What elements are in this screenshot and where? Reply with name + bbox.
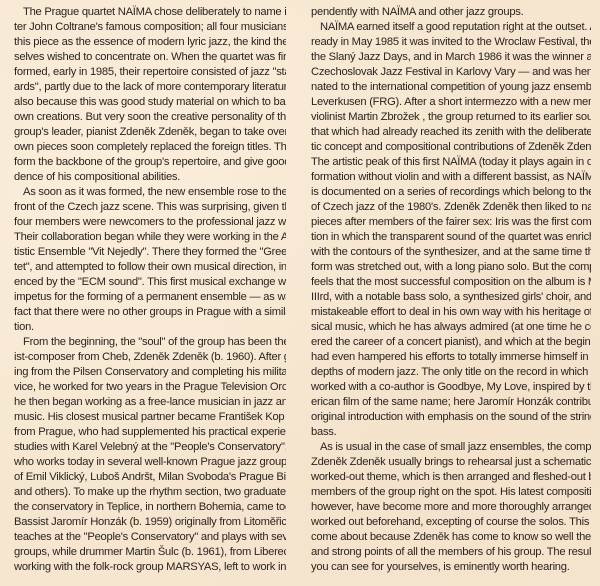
- text-line: nated to the international competition o…: [311, 80, 591, 95]
- text-line: groups, while drummer Martin Šulc (b. 19…: [14, 545, 286, 560]
- text-line: from Prague, who had supplemented his pr…: [14, 425, 286, 440]
- text-line: form was stretched out, with a long pian…: [311, 260, 591, 275]
- text-line: own pieces soon completely replaced the …: [14, 140, 286, 155]
- text-line: As is usual in the case of small jazz en…: [311, 440, 591, 455]
- text-line: who works today in several well-known Pr…: [14, 455, 286, 470]
- text-line: ered the career of a concert pianist), a…: [311, 335, 591, 350]
- text-line: had even hampered his efforts to totally…: [311, 350, 591, 365]
- left-text-column: The Prague quartet NAÏMA chose deliberat…: [14, 5, 286, 575]
- text-line: ing from the Pilsen Conservatory and com…: [14, 365, 286, 380]
- text-line: worked with a co-author is Goodbye, My L…: [311, 380, 591, 395]
- right-text-column: pendently with NAÏMA and other jazz grou…: [311, 5, 591, 575]
- text-line: studies with Karel Velebný at the "Peopl…: [14, 440, 286, 455]
- text-line: formation without violin and with a diff…: [311, 170, 591, 185]
- text-line: bass.: [311, 425, 591, 440]
- text-line: tion in which the transparent sound of t…: [311, 230, 591, 245]
- text-line: sical music, which he has always admired…: [311, 320, 591, 335]
- text-line: Zdeněk Zdeněk usually brings to rehearsa…: [311, 455, 591, 470]
- text-line: The artistic peak of this first NAÏMA (t…: [311, 155, 591, 170]
- text-line: Czechoslovak Jazz Festival in Karlovy Va…: [311, 65, 591, 80]
- text-line: that which had already reached its zenit…: [311, 125, 591, 140]
- text-line: of Czech jazz of the 1980's. Zdeněk Zden…: [311, 200, 591, 215]
- text-line: Leverkusen (FRG). After a short intermez…: [311, 95, 591, 110]
- text-line: original introduction with emphasis on t…: [311, 410, 591, 425]
- text-line: this piece as the essence of modern lyri…: [14, 35, 286, 50]
- text-line: tistic Ensemble "Vit Nejedly". There the…: [14, 245, 286, 260]
- text-line: ter John Coltrane's famous composition; …: [14, 20, 286, 35]
- text-line: depths of modern jazz. The only title on…: [311, 365, 591, 380]
- text-line: the conservatory in Teplice, in northern…: [14, 500, 286, 515]
- text-line: tet", and attempted to follow their own …: [14, 260, 286, 275]
- text-line: of Emil Viklický, Luboš Andršt, Milan Sv…: [14, 470, 286, 485]
- text-line: formed, early in 1985, their repertoire …: [14, 65, 286, 80]
- text-line: own creations. But very soon the creativ…: [14, 110, 286, 125]
- text-line: The Prague quartet NAÏMA chose deliberat…: [14, 5, 286, 20]
- text-line: four members were newcomers to the profe…: [14, 215, 286, 230]
- text-line: ist-composer from Cheb, Zdeněk Zdeněk (b…: [14, 350, 286, 365]
- text-line: members of the group right on the spot. …: [311, 485, 591, 500]
- text-line: violinist Martin Zbrožek , the group ret…: [311, 110, 591, 125]
- text-line: IIIrd, with a notable bass solo, a synth…: [311, 290, 591, 305]
- text-line: Their collaboration began while they wer…: [14, 230, 286, 245]
- text-line: group's leader, pianist Zdeněk Zdeněk, b…: [14, 125, 286, 140]
- text-line: you can see for yourselves, is eminently…: [311, 560, 591, 575]
- text-line: impetus for the forming of a permanent e…: [14, 290, 286, 305]
- text-line: pieces after members of the fairer sex: …: [311, 215, 591, 230]
- text-line: the Slaný Jazz Days, and in March 1986 i…: [311, 50, 591, 65]
- text-line: NAÏMA earned itself a good reputation ri…: [311, 20, 591, 35]
- text-line: tion.: [14, 320, 286, 335]
- liner-notes-page: The Prague quartet NAÏMA chose deliberat…: [0, 0, 600, 586]
- text-line: ready in May 1985 it was invited to the …: [311, 35, 591, 50]
- text-line: with the contours of the synthesizer, an…: [311, 245, 591, 260]
- text-line: worked-out theme, which is then arranged…: [311, 470, 591, 485]
- text-line: As soon as it was formed, the new ensemb…: [14, 185, 286, 200]
- text-line: and strong points of all the members of …: [311, 545, 591, 560]
- text-line: From the beginning, the "soul" of the gr…: [14, 335, 286, 350]
- text-line: teaches at the "People's Conservatory" a…: [14, 530, 286, 545]
- text-line: tic concept and compositional contributi…: [311, 140, 591, 155]
- text-line: fact that there were no other groups in …: [14, 305, 286, 320]
- text-line: come about because Zdeněk has come to kn…: [311, 530, 591, 545]
- text-line: ards", partly due to the lack of more co…: [14, 80, 286, 95]
- text-line: dence of his compositional abilities.: [14, 170, 286, 185]
- text-line: Bassist Jaromír Honzák (b. 1959) origina…: [14, 515, 286, 530]
- text-line: worked out beforehand, excepting of cour…: [311, 515, 591, 530]
- text-line: also because this was good study materia…: [14, 95, 286, 110]
- text-line: and others). To make up the rhythm secti…: [14, 485, 286, 500]
- text-line: music. His closest musical partner becam…: [14, 410, 286, 425]
- text-line: form the backbone of the group's reperto…: [14, 155, 286, 170]
- text-line: is documented on a series of recordings …: [311, 185, 591, 200]
- text-line: front of the Czech jazz scene. This was …: [14, 200, 286, 215]
- text-line: erican film of the same name; here Jarom…: [311, 395, 591, 410]
- text-line: selves wished to concentrate on. When th…: [14, 50, 286, 65]
- text-line: however, have become more and more thoro…: [311, 500, 591, 515]
- text-line: he then began working as a free-lance mu…: [14, 395, 286, 410]
- text-line: enced by the "ECM sound". This first mus…: [14, 275, 286, 290]
- text-line: pendently with NAÏMA and other jazz grou…: [311, 5, 591, 20]
- text-line: feels that the most successful compositi…: [311, 275, 591, 290]
- text-line: vice, he worked for two years in the Pra…: [14, 380, 286, 395]
- text-line: mistakeable effort to deal in his own wa…: [311, 305, 591, 320]
- text-line: working with the folk-rock group MARSYAS…: [14, 560, 286, 575]
